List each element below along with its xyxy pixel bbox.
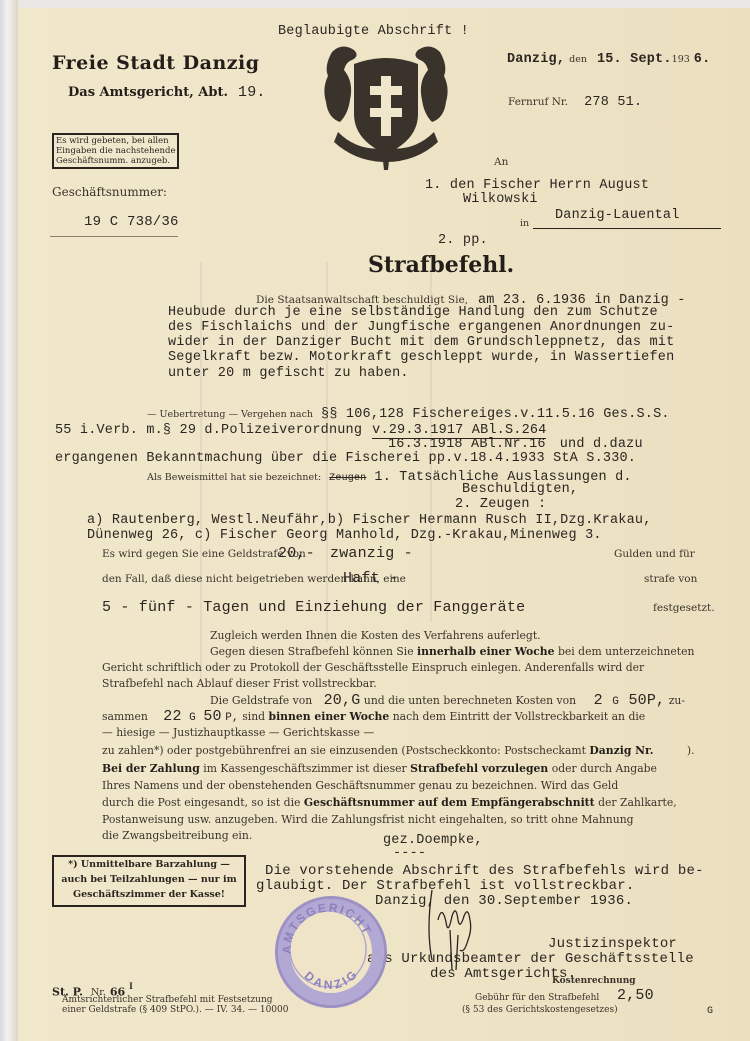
total-p-unit: P, <box>225 712 239 724</box>
cost-calc-amount: 2,50 <box>617 987 654 1004</box>
objection-text: Strafbefehl nach Ablauf dieser Frist vol… <box>102 675 377 692</box>
text: zu zahlen*) oder postgebührenfrei an sie… <box>102 744 586 757</box>
cash-payment-note: *) Unmittelbare Barzahlung — auch bei Te… <box>52 855 246 907</box>
notice-line: Es wird gebeten, bei allen <box>56 136 175 146</box>
document-title: Strafbefehl. <box>368 252 514 278</box>
phone-number: 278 51. <box>584 95 642 110</box>
accusation-line: Segelkraft bezw. Motorkraft geschleppt w… <box>168 350 674 365</box>
accusation-line: Heubude durch je eine selbständige Handl… <box>168 305 658 320</box>
evidence-lead: Als Beweismittel hat sie bezeichnet: <box>147 472 321 483</box>
penalty-strafe-von: strafe von <box>644 573 697 585</box>
issue-date: 15. Sept. <box>597 52 672 67</box>
total-pfennig: 50 <box>203 708 221 725</box>
year-prefix: 193 <box>672 54 690 65</box>
recipient-line1: 1. den Fischer Herrn August <box>425 178 649 193</box>
form-description: einer Geldstrafe (§ 409 StPO.). — IV. 34… <box>62 1005 289 1015</box>
evidence-struck: Zeugen <box>329 473 366 484</box>
year-suffix: 6. <box>694 52 711 67</box>
text: zu- <box>669 694 685 707</box>
court-name: Das Amtsgericht, Abt. <box>68 85 228 100</box>
phone-line: Fernruf Nr. 278 51. <box>508 92 642 110</box>
evidence-item2: 2. Zeugen : <box>455 497 546 512</box>
total-gulden: 22 <box>163 708 181 725</box>
costs-text: Zugleich werden Ihnen die Kosten des Ver… <box>210 627 541 644</box>
fine-amount-words: zwanzig - <box>330 545 413 562</box>
text: nach dem Eintritt der Vollstreckbarkeit … <box>393 710 646 723</box>
notice-box: Es wird gebeten, bei allen Eingaben die … <box>52 133 179 169</box>
objection-line: Gegen diesen Strafbefehl können Sie inne… <box>210 643 694 660</box>
certification-line: als Urkundsbeamter der Geschäftsstelle <box>367 951 694 967</box>
recipient-name: Wilkowski <box>463 192 538 207</box>
form-description: Amtsrichterlicher Strafbefehl mit Festse… <box>62 995 273 1005</box>
recipient-location-rule <box>533 228 721 229</box>
offense-ordinance: 55 i.Verb. m.§ 29 d.Polizeiverordnung <box>55 423 362 438</box>
cost-g-unit: G <box>612 696 619 708</box>
cost-calc-law: (§ 53 des Gerichtskostengesetzes) <box>462 1005 618 1015</box>
payment-line3: zu zahlen*) oder postgebührenfrei an sie… <box>102 742 695 759</box>
offense-lead: — Uebertretung — Vergehen nach <box>147 409 313 420</box>
recipient-location: Danzig-Lauental <box>555 208 680 223</box>
cost-calc-fee: Gebühr für den Strafbefehl <box>475 993 599 1003</box>
cash-note-line: *) Unmittelbare Barzahlung — <box>54 857 244 872</box>
accusation-line: wider in der Danziger Bucht mit dem Grun… <box>168 335 674 350</box>
cost-calc-title: Kostenrechnung <box>552 976 636 986</box>
payment-line6: durch die Post eingesandt, so ist die Ge… <box>102 794 677 811</box>
danzig-coat-of-arms-icon <box>318 42 454 172</box>
payment-text: Postanweisung usw. anzugeben. Wird die Z… <box>102 811 634 828</box>
text: sind <box>242 710 265 723</box>
svg-text:DANZIG: DANZIG <box>302 966 362 992</box>
form-superscript: I <box>129 982 133 992</box>
notice-line: Geschäftsnumm. anzugeb. <box>56 156 175 166</box>
stamp-top-text: AMTSGERICHT <box>280 901 375 955</box>
emphasis: Bei der Zahlung <box>102 762 200 775</box>
total-g-unit: G <box>189 712 196 724</box>
text: oder durch Angabe <box>552 762 657 775</box>
text: im Kassengeschäftszimmer ist dieser <box>203 762 406 775</box>
scan-edge <box>0 0 18 1041</box>
recipient-an: An <box>494 156 508 168</box>
offense-line3: 16.3.1918 ABl.Nr.16 und d.dazu <box>388 434 643 452</box>
case-number-rule <box>50 236 178 237</box>
cash-note-line: Geschäftszimmer der Kasse! <box>54 887 244 902</box>
penalty-festgesetzt: festgesetzt. <box>653 602 715 614</box>
detention-days: 5 - fünf - Tagen und Einziehung der Fang… <box>102 599 525 616</box>
case-number: 19 C 738/36 <box>84 214 179 230</box>
department-number: 19. <box>238 84 266 101</box>
case-number-label: Geschäftsnummer: <box>52 185 167 199</box>
cost-pfennig: 50P, <box>628 692 665 709</box>
stamp-bottom-text: DANZIG <box>302 966 362 992</box>
svg-text:AMTSGERICHT: AMTSGERICHT <box>280 901 375 955</box>
witness-list-cont: Dünenweg 26, c) Fischer Georg Manhold, D… <box>87 528 602 543</box>
payment-text: Ihres Namens und der obenstehenden Gesch… <box>102 777 618 794</box>
objection-text: Gericht schriftlich oder zu Protokoll de… <box>102 659 644 676</box>
cost-gulden: 2 <box>594 692 603 709</box>
payment-line4: Bei der Zahlung im Kassengeschäftszimmer… <box>102 760 657 777</box>
text: sammen <box>102 710 148 723</box>
signature-dashes: ---- <box>393 846 426 861</box>
issuer-state: Freie Stadt Danzig <box>52 52 260 74</box>
den-label: den <box>569 54 587 65</box>
offense-amendment: 16.3.1918 ABl.Nr.16 <box>388 437 546 452</box>
cash-note-line: auch bei Teilzahlungen — nur im <box>54 872 244 887</box>
recipient-pp: 2. pp. <box>438 233 488 248</box>
text: bei dem unterzeichneten <box>558 645 695 658</box>
penalty-lead: Es wird gegen Sie eine Geldstrafe von <box>102 548 306 560</box>
place: Danzig, <box>507 52 565 67</box>
court-line: Das Amtsgericht, Abt. 19. <box>68 83 266 101</box>
text: durch die Post eingesandt, so ist die <box>102 796 300 809</box>
text: ). <box>687 744 695 757</box>
payment-text: die Zwangsbeitreibung ein. <box>102 827 252 844</box>
text: Die Geldstrafe von <box>210 694 312 707</box>
text: Gegen diesen Strafbefehl können Sie <box>210 645 414 658</box>
certification-line: Die vorstehende Abschrift des Strafbefeh… <box>265 863 704 879</box>
recipient-in: in <box>520 218 529 229</box>
postscheck-account: Danzig Nr. <box>589 744 653 757</box>
text: der Zahlkarte, <box>598 796 677 809</box>
text: und die unten berechneten Kosten von <box>364 694 576 707</box>
cost-calc-unit: G <box>707 1006 713 1017</box>
witness-list: a) Rautenberg, Westl.Neufähr,b) Fischer … <box>87 513 652 528</box>
accusation-line: des Fischlaichs und der Jungfische ergan… <box>168 320 674 335</box>
accusation-line: unter 20 m gefischt zu haben. <box>168 366 409 381</box>
deadline-emphasis: innerhalb einer Woche <box>417 645 555 658</box>
offense-line4: ergangenen Bekanntmachung über die Fisch… <box>55 451 636 466</box>
court-seal-stamp: AMTSGERICHT DANZIG <box>275 896 387 1008</box>
penalty-currency: Gulden und für <box>614 548 695 560</box>
official-role: Justizinspektor <box>548 936 677 952</box>
evidence-item1-cont: Beschuldigten, <box>462 482 578 497</box>
date-line: Danzig, den 15. Sept.193 6. <box>507 49 710 67</box>
payment-office: — hiesige — Justizhauptkasse — Gerichtsk… <box>102 724 374 741</box>
fine-value: 20,G <box>324 692 361 709</box>
emphasis: Geschäftsnummer auf dem Empfängerabschni… <box>304 796 595 809</box>
certification-date: Danzig, den 30.September 1936. <box>375 893 633 909</box>
emphasis: Strafbefehl vorzulegen <box>410 762 548 775</box>
detention-label: Haft - <box>343 570 398 587</box>
offense-conj: und d.dazu <box>560 437 643 452</box>
certified-copy-label: Beglaubigte Abschrift ! <box>278 24 469 39</box>
phone-label: Fernruf Nr. <box>508 96 568 108</box>
notice-line: Eingaben die nachstehende <box>56 146 175 156</box>
fine-amount: 20,- <box>278 545 315 562</box>
deadline-emphasis: binnen einer Woche <box>269 710 390 723</box>
